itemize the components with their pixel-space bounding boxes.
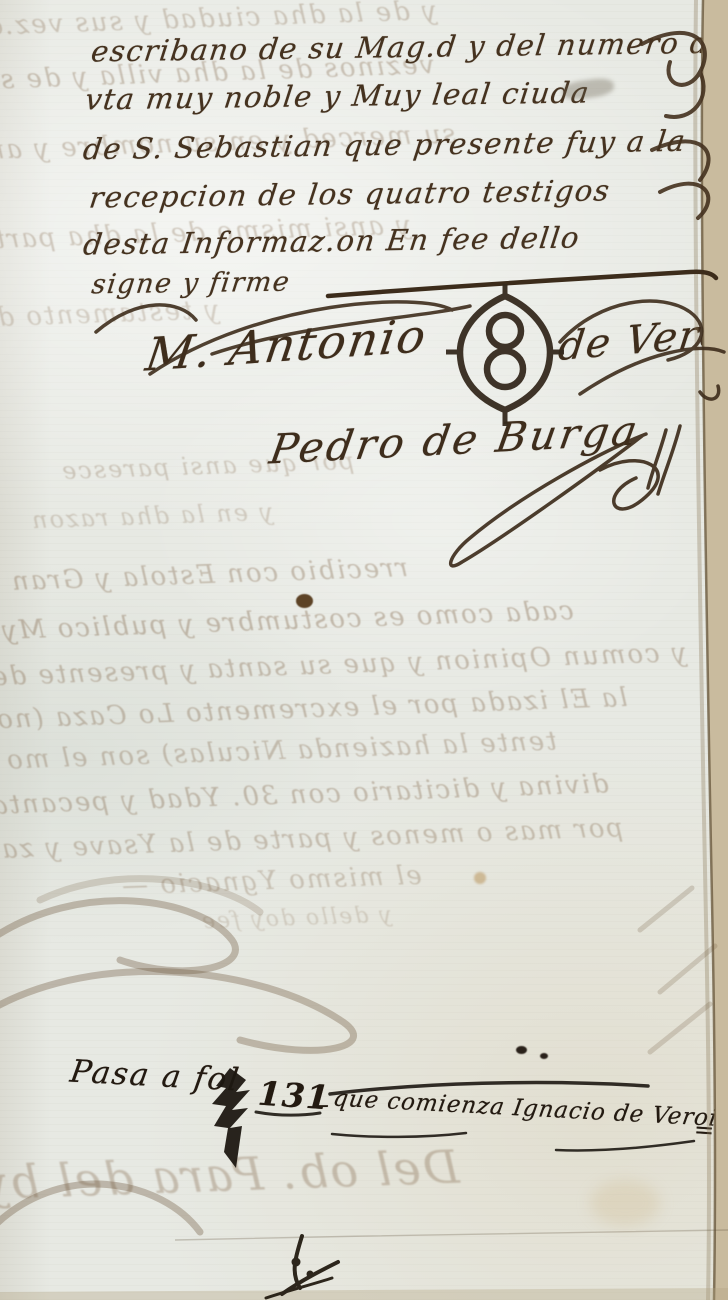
ink-speckle [516,1046,527,1054]
notarial-rubric-icon [446,284,564,426]
bleed-through-line: y dello doy fee [200,903,393,935]
bottom-rubric-mark [266,1236,338,1298]
bleed-through-line: rrecibio con Estola y Gran [10,553,409,597]
signature-right: de Veroz [556,308,728,370]
bleed-through-line: y en la dha razon [30,498,274,534]
body-text-line: vta muy noble y Muy leal ciuda [83,75,592,116]
bleed-through-line: divina y dicitario con 30. Ydad y pecant… [0,769,609,821]
body-text-line: recepcion de los quatro testigos [87,173,612,214]
body-text-line: de S. Sebastian que presente fuy a la [81,124,688,166]
body-text-closing: signe y firme [90,267,292,301]
manuscript-page: { "page": { "kind": "Handwritten notaria… [0,0,728,1300]
closing-rule-stroke [328,272,716,296]
bleed-through-line: por mas o menos y parte de la Ysave y za [0,813,624,865]
bleed-through-hatching [640,888,715,1052]
paper-stain [590,1180,660,1226]
folio-note-dash: – [316,1090,329,1120]
paper-stain [474,872,486,884]
bleed-through-line: tente la hazienda Niculas) son el mo [5,726,557,775]
bleed-through-signature: Del ob. Para del by [0,1140,460,1211]
folio-note-text: que comienza Ignacio de Veroiz [331,1086,728,1133]
paper-crease [175,1230,728,1240]
folio-note-terminator: = [693,1115,715,1144]
bleed-through-line: cada como es costumbre y publico My [0,596,574,646]
body-text-line: desta Informaz.on En fee dello [81,221,582,262]
bleed-through-line: el mismo Ygnacio — [120,861,423,902]
folio-note-prefix: Pasa a fol [68,1054,243,1099]
ink-speckle [540,1053,548,1059]
signature-pedro-de-burga: Pedro de Burga [266,406,643,473]
ink-fleck [296,594,313,608]
